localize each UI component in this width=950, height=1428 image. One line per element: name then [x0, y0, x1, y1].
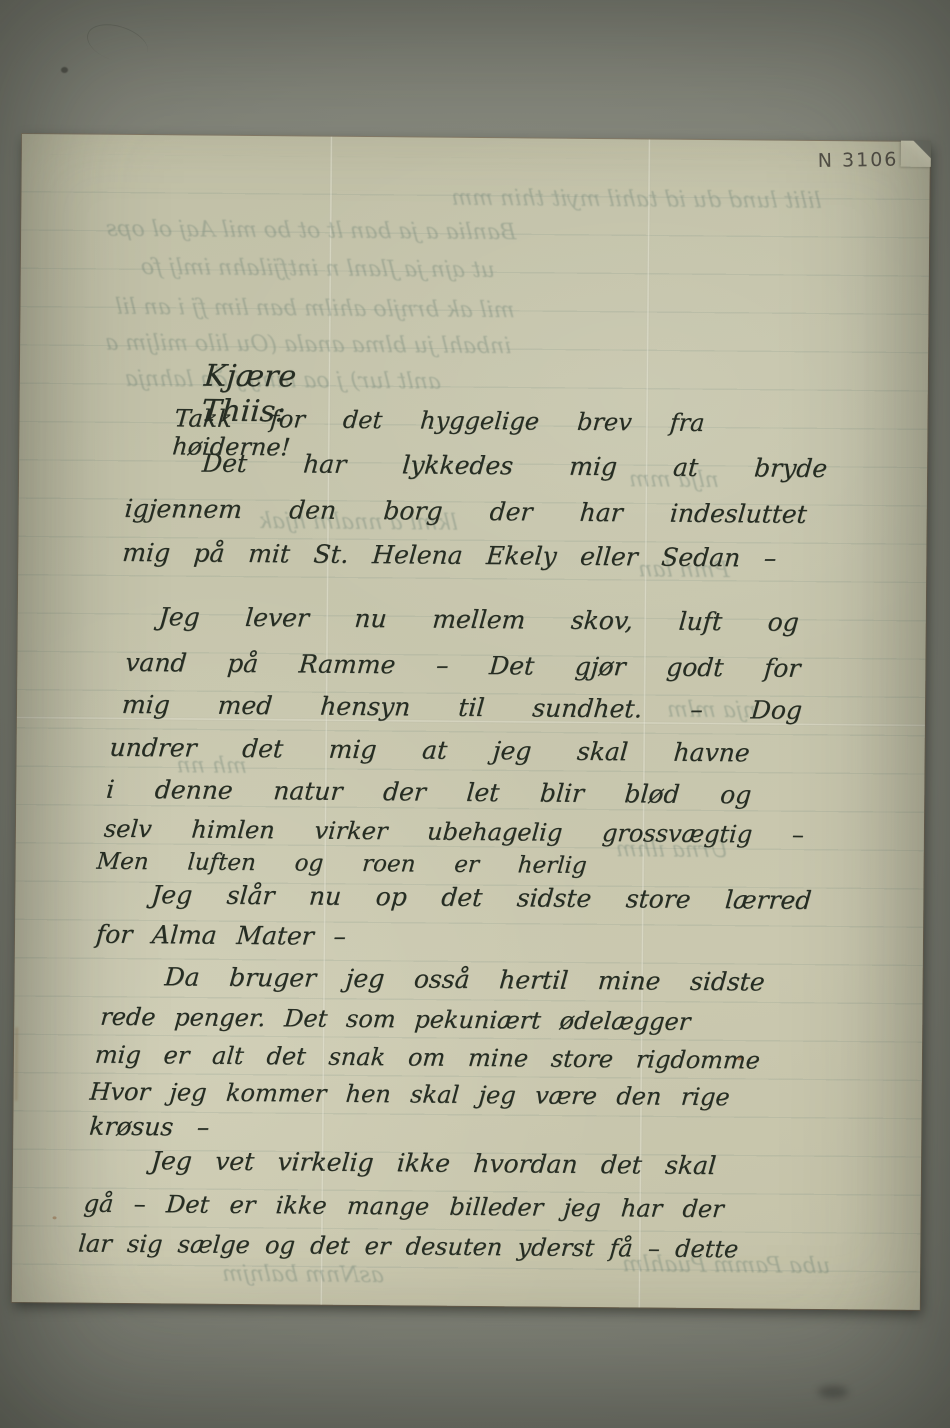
handwriting-line: for Alma Mater –	[95, 921, 347, 952]
handwriting-line: Jeg slår nu op det sidste store lærred	[150, 881, 812, 915]
background-smudge	[818, 1386, 848, 1398]
rust-stain	[53, 1216, 57, 1219]
handwriting-line: Jeg lever nu mellem skov, luft og	[158, 603, 800, 637]
handwriting-line: mig med hensyn til sundhet. – Dog	[121, 691, 803, 726]
handwriting-layer: Kjære Thiis:Takk for det hyggelige brev …	[22, 134, 930, 142]
handwriting-line: Det har lykkedes mig at bryde	[201, 450, 828, 484]
handwriting-line: krøsus –	[88, 1113, 210, 1143]
handwriting-line: mig på mit St. Helena Ekely eller Sedan …	[121, 539, 777, 573]
handwriting-line: Jeg vet virkelig ikke hvordan det skal	[150, 1147, 717, 1181]
handwriting-line: rede penger. Det som pekuniært ødelægger	[99, 1004, 691, 1037]
handwriting-line: vand på Ramme – Det gjør godt for	[124, 649, 801, 684]
letter-page: N 3106 lilit lund du id tahil myit thin …	[12, 134, 930, 1310]
handwriting-line: igjennem den borg der har indesluttet	[124, 495, 808, 530]
edge-stain	[15, 1027, 19, 1101]
handwriting-line: lar sig sælge og det er desuten yderst f…	[77, 1231, 739, 1264]
handwriting-line: mig er alt det snak om mine store rigdom…	[94, 1042, 761, 1075]
handwriting-line: Hvor jeg kommer hen skal jeg være den ri…	[89, 1079, 731, 1112]
bleedthrough-line: Banlia a ja ban lt ot bo mil Aaj ol ops	[105, 219, 516, 245]
bleedthrough-line: ut ajn ja Jlanl n intfjilahn imlj fo	[140, 257, 495, 282]
handwriting-line: Men luften og roen er herlig	[96, 849, 588, 880]
handwriting-line: gå – Det er ikke mange billeder jeg har …	[83, 1191, 725, 1224]
bleedthrough-line: inbahl ju blma anala (Ou lilo miljm a	[104, 333, 511, 359]
folded-corner	[901, 141, 931, 167]
handwriting-line: undrer det mig at jeg skal havne	[109, 734, 751, 768]
handwriting-line: i denne natur der let blir blød og	[105, 776, 752, 810]
background-scratch	[82, 17, 153, 70]
bleedthrough-line: mil ak brnjlo ahilm ban lim fj i an lil	[115, 297, 515, 322]
photograph-of-letter: N 3106 lilit lund du id tahil myit thin …	[0, 0, 950, 1428]
catalog-number: N 3106	[818, 149, 899, 172]
bleedthrough-line: lilit lund du id tahil myit thin mm	[451, 188, 822, 213]
ink-bleedthrough-layer: lilit lund du id tahil myit thin mmBanli…	[22, 134, 930, 142]
background-speck	[61, 67, 68, 73]
bleedthrough-line: asNnm balnjm	[221, 1264, 384, 1287]
handwriting-line: Da bruger jeg osså hertil mine sidste	[164, 963, 766, 997]
